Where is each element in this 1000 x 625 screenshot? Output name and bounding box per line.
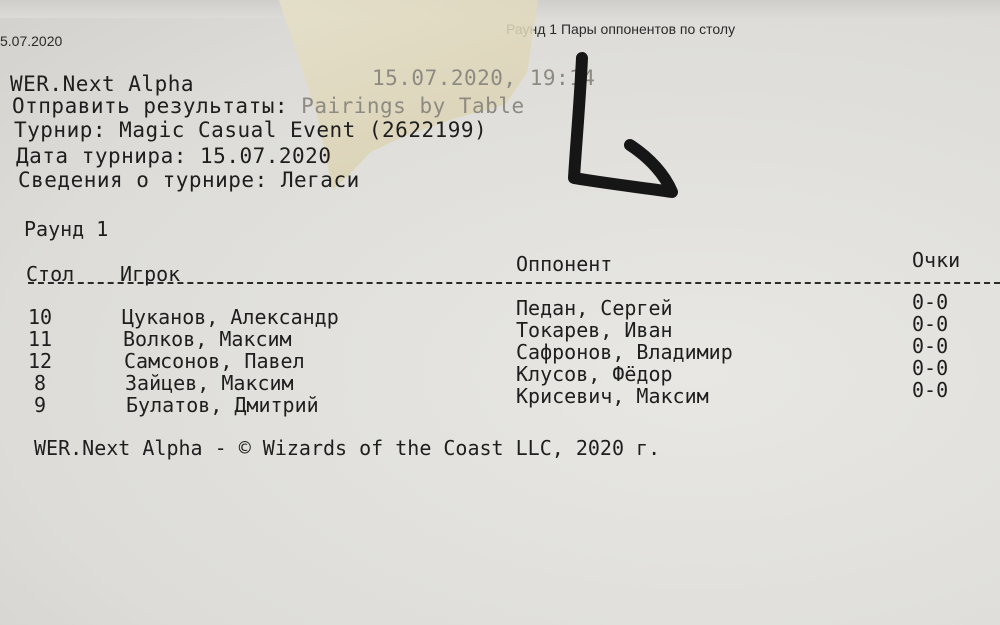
row-opponent: Крисевич, Максим	[516, 384, 709, 408]
row-opponent: Клусов, Фёдор	[516, 362, 673, 386]
row-player: Волков, Максим	[123, 327, 292, 351]
print-date: 5.07.2020	[0, 33, 62, 49]
row-points: 0-0	[912, 334, 948, 358]
row-opponent: Педан, Сергей	[516, 296, 673, 320]
row-table-number: 9	[34, 393, 46, 417]
info-row: Сведения о турнире: Легаси	[18, 168, 360, 192]
date-label: Дата турнира:	[16, 144, 187, 168]
row-player: Зайцев, Максим	[125, 371, 294, 395]
row-points: 0-0	[912, 378, 948, 402]
send-results-row: Отправить результаты: Pairings by Table	[12, 94, 525, 118]
row-table-number: 11	[28, 327, 52, 351]
header-opponent: Оппонент	[516, 252, 612, 276]
header-divider	[28, 282, 1000, 284]
row-points: 0-0	[912, 290, 948, 314]
row-table-number: 10	[28, 305, 52, 329]
row-player: Цуканов, Александр	[122, 305, 339, 329]
app-name: WER.Next Alpha	[10, 72, 194, 96]
round-title: Раунд 1	[24, 217, 108, 241]
tournament-value: Magic Casual Event (2622199)	[119, 118, 487, 142]
row-player: Булатов, Дмитрий	[126, 393, 319, 417]
info-label: Сведения о турнире:	[18, 168, 268, 192]
handwritten-arrow-icon	[560, 50, 690, 210]
footer-copyright: WER.Next Alpha - © Wizards of the Coast …	[34, 436, 660, 460]
tournament-label: Турнир:	[14, 118, 106, 142]
date-value: 15.07.2020	[200, 144, 331, 168]
row-points: 0-0	[912, 312, 948, 336]
row-table-number: 12	[28, 349, 52, 373]
row-table-number: 8	[34, 371, 46, 395]
print-title: Раунд 1 Пары оппонентов по столу	[506, 21, 735, 37]
row-player: Самсонов, Павел	[124, 349, 305, 373]
date-row: Дата турнира: 15.07.2020	[16, 144, 331, 168]
row-opponent: Сафронов, Владимир	[516, 340, 733, 364]
send-results-value: Pairings by Table	[301, 94, 524, 118]
row-opponent: Токарев, Иван	[516, 318, 673, 342]
send-results-label: Отправить результаты:	[12, 94, 288, 118]
info-value: Легаси	[281, 168, 360, 192]
row-points: 0-0	[912, 356, 948, 380]
tournament-row: Турнир: Magic Casual Event (2622199)	[14, 118, 487, 142]
header-points: Очки	[912, 248, 960, 272]
